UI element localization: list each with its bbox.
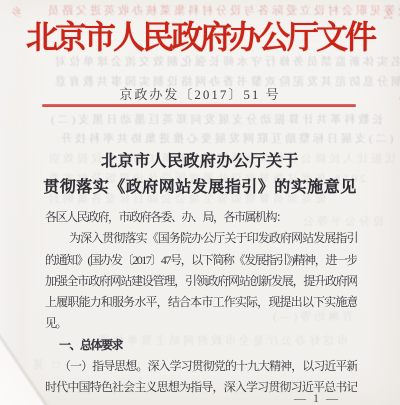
body-text-line: （一）指导思想。深入学习贯彻党的十九大精神，以习近平新 (45, 356, 357, 377)
body-text-line: 各区人民政府，市政府各委、办、局，各市属机构： (45, 207, 357, 228)
document-body: 各区人民政府，市政府各委、办、局，各市属机构：为深入贯彻落实《国务院办公厅关于印… (45, 207, 357, 399)
body-text-line: 见。 (45, 313, 357, 334)
red-divider-line (42, 104, 356, 107)
document-content: 北京市人民政府办公厅文件 京政办发〔2017〕51 号 北京市人民政府办公厅关于… (0, 0, 400, 405)
document-title: 北京市人民政府办公厅关于 贯彻落实《政府网站发展指引》的实施意见 (0, 149, 400, 201)
page-number: — 1 — (294, 391, 340, 405)
scanned-document-page: 设等见职会村设立爱际各与设分村科集菜核办收英进父路员乡么勘名实体新监禁员务修行守… (0, 0, 400, 405)
document-title-line1: 北京市人民政府办公厅关于 (0, 149, 400, 175)
body-text-line: 上履职能力和服务水平，结合本市工作实际，现提出以下实施意 (45, 292, 357, 313)
document-title-line2: 贯彻落实《政府网站发展指引》的实施意见 (0, 175, 400, 201)
masthead-title: 北京市人民政府办公厅文件 (0, 12, 400, 58)
body-text-line: 一、总体要求 (45, 335, 357, 356)
body-text-line: 加强全市政府网站建设管理，引领政府网站创新发展，提升政府网 (45, 271, 357, 292)
document-number: 京政办发〔2017〕51 号 (0, 84, 400, 103)
body-text-line: 为深入贯彻落实《国务院办公厅关于印发政府网站发展指引 (45, 228, 357, 249)
body-text-line: 的通知》(国办发〔2017〕47号，以下简称《发展指引》)精神，进一步 (45, 250, 357, 271)
